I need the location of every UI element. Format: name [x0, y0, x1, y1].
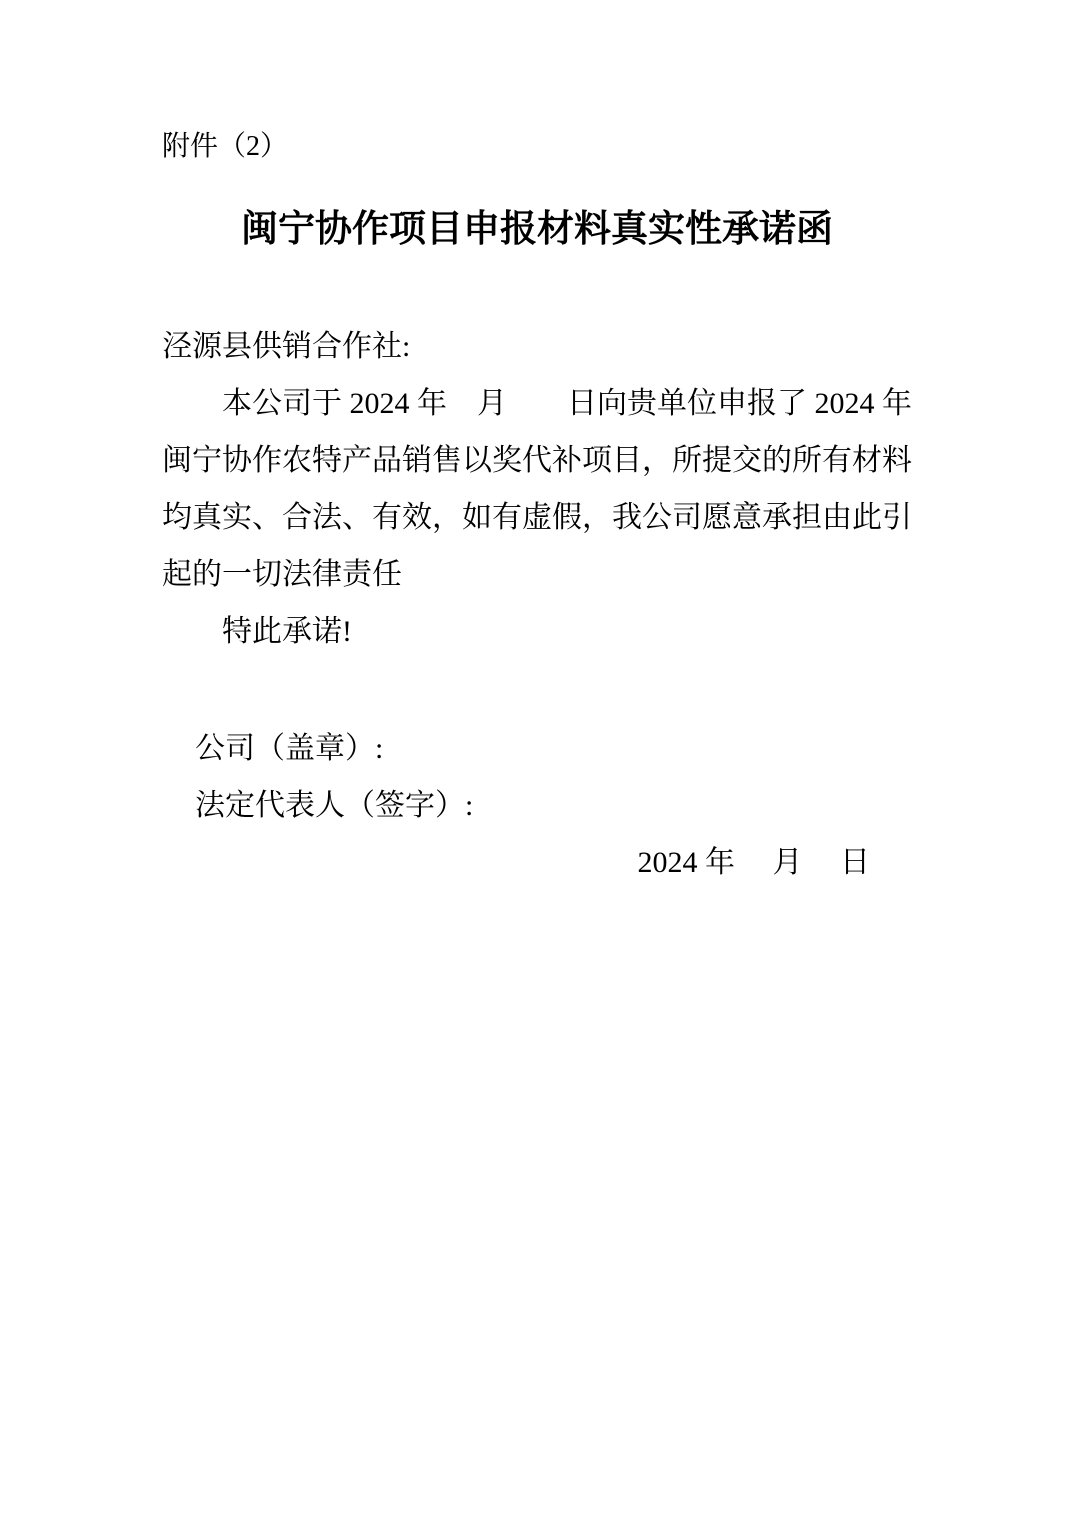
- document-page: 附件（2） 闽宁协作项目申报材料真实性承诺函 泾源县供销合作社: 本公司于 20…: [0, 0, 1074, 1520]
- date-line: 2024 年 月 日: [162, 834, 912, 891]
- legal-representative-label: 法定代表人（签字）:: [195, 777, 912, 834]
- document-title: 闽宁协作项目申报材料真实性承诺函: [162, 201, 912, 258]
- promise-line: 特此承诺!: [162, 603, 912, 660]
- attachment-label: 附件（2）: [162, 118, 912, 175]
- salutation-line: 泾源县供销合作社:: [162, 318, 912, 375]
- signature-block: 公司（盖章）: 法定代表人（签字）:: [195, 720, 912, 834]
- company-seal-label: 公司（盖章）:: [195, 720, 912, 777]
- body-paragraph: 本公司于 2024 年 月 日向贵单位申报了 2024 年闽宁协作农特产品销售以…: [162, 375, 912, 603]
